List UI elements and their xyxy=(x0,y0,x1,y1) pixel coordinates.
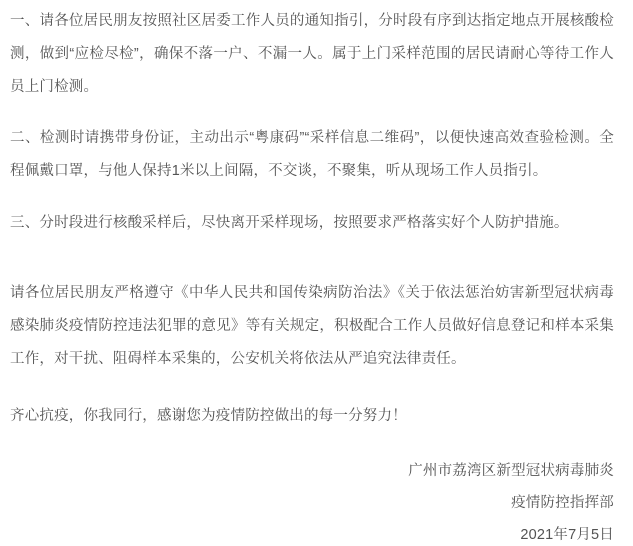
paragraph-notice-item-3: 三、分时段进行核酸采样后，尽快离开采样现场，按照要求严格落实好个人防护措施。 xyxy=(10,207,614,240)
signature-org-line-1: 广州市荔湾区新型冠状病毒肺炎 xyxy=(10,455,614,487)
signature-date: 2021年7月5日 xyxy=(10,519,614,546)
signature-block: 广州市荔湾区新型冠状病毒肺炎 疫情防控指挥部 2021年7月5日 xyxy=(10,455,614,546)
paragraph-notice-item-1: 一、请各位居民朋友按照社区居委工作人员的通知指引，分时段有序到达指定地点开展核酸… xyxy=(10,5,614,104)
signature-org-line-2: 疫情防控指挥部 xyxy=(10,487,614,519)
paragraph-legal-notice: 请各位居民朋友严格遵守《中华人民共和国传染病防治法》《关于依法惩治妨害新型冠状病… xyxy=(10,277,614,376)
paragraph-closing-slogan: 齐心抗疫，你我同行，感谢您为疫情防控做出的每一分努力！ xyxy=(10,400,614,433)
paragraph-notice-item-2: 二、检测时请携带身份证，主动出示“粤康码”“采样信息二维码”，以便快速高效查验检… xyxy=(10,122,614,188)
notice-document: 一、请各位居民朋友按照社区居委工作人员的通知指引，分时段有序到达指定地点开展核酸… xyxy=(0,0,633,546)
